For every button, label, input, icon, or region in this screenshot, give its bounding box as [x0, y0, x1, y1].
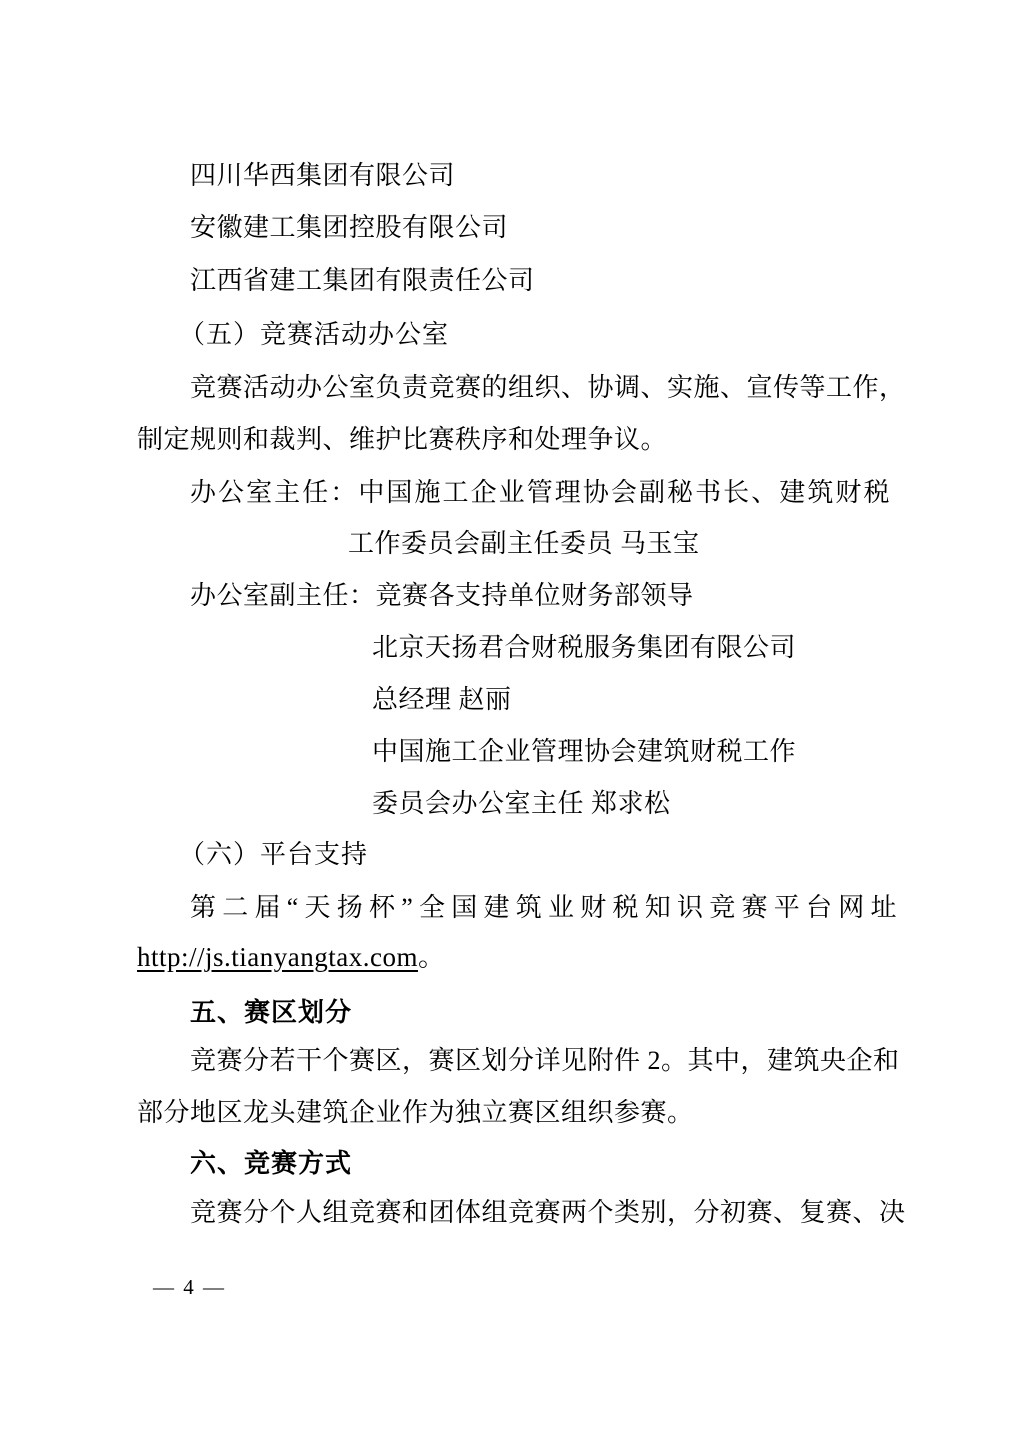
office-deputy-line: 委员会办公室主任 郑求松 [372, 789, 671, 819]
office-director-line: 办公室主任：中国施工企业管理协会副秘书长、建筑财税 [190, 478, 890, 508]
company-name-line: 安徽建工集团控股有限公司 [190, 213, 508, 243]
office-deputy-line: 总经理 赵丽 [372, 685, 512, 715]
section5-paragraph-line: 竞赛活动办公室负责竞赛的组织、协调、实施、宣传等工作， [190, 373, 884, 403]
url-suffix: 。 [418, 942, 446, 972]
company-name-line: 四川华西集团有限公司 [190, 161, 455, 191]
section5-paragraph-line: 制定规则和裁判、维护比赛秩序和处理争议。 [137, 425, 667, 455]
sectionVI-paragraph-line: 竞赛分个人组竞赛和团体组竞赛两个类别，分初赛、复赛、决 [190, 1198, 890, 1228]
section6-heading: （六）平台支持 [179, 840, 368, 870]
section6-paragraph-line: 第二届“天扬杯”全国建筑业财税知识竞赛平台网址 [190, 893, 897, 923]
sectionV-heading: 五、赛区划分 [190, 997, 352, 1027]
url-link[interactable]: http://js.tianyangtax.com [137, 942, 418, 972]
sectionVI-heading: 六、竞赛方式 [190, 1148, 352, 1178]
platform-url-line: http://js.tianyangtax.com。 [137, 942, 445, 972]
office-deputy-line: 中国施工企业管理协会建筑财税工作 [372, 737, 796, 767]
page-number: — 4 — [153, 1275, 226, 1300]
sectionV-paragraph-line: 部分地区龙头建筑企业作为独立赛区组织参赛。 [137, 1098, 694, 1128]
office-director-line: 工作委员会副主任委员 马玉宝 [348, 529, 700, 559]
sectionV-paragraph-line: 竞赛分若干个赛区，赛区划分详见附件 2。其中，建筑央企和 [190, 1046, 890, 1076]
section5-heading: （五）竞赛活动办公室 [179, 320, 449, 350]
office-deputy-line: 北京天扬君合财税服务集团有限公司 [372, 633, 796, 663]
document-page: 四川华西集团有限公司 安徽建工集团控股有限公司 江西省建工集团有限责任公司 （五… [0, 0, 1026, 1451]
office-deputy-line: 办公室副主任：竞赛各支持单位财务部领导 [190, 581, 694, 611]
company-name-line: 江西省建工集团有限责任公司 [190, 266, 535, 296]
